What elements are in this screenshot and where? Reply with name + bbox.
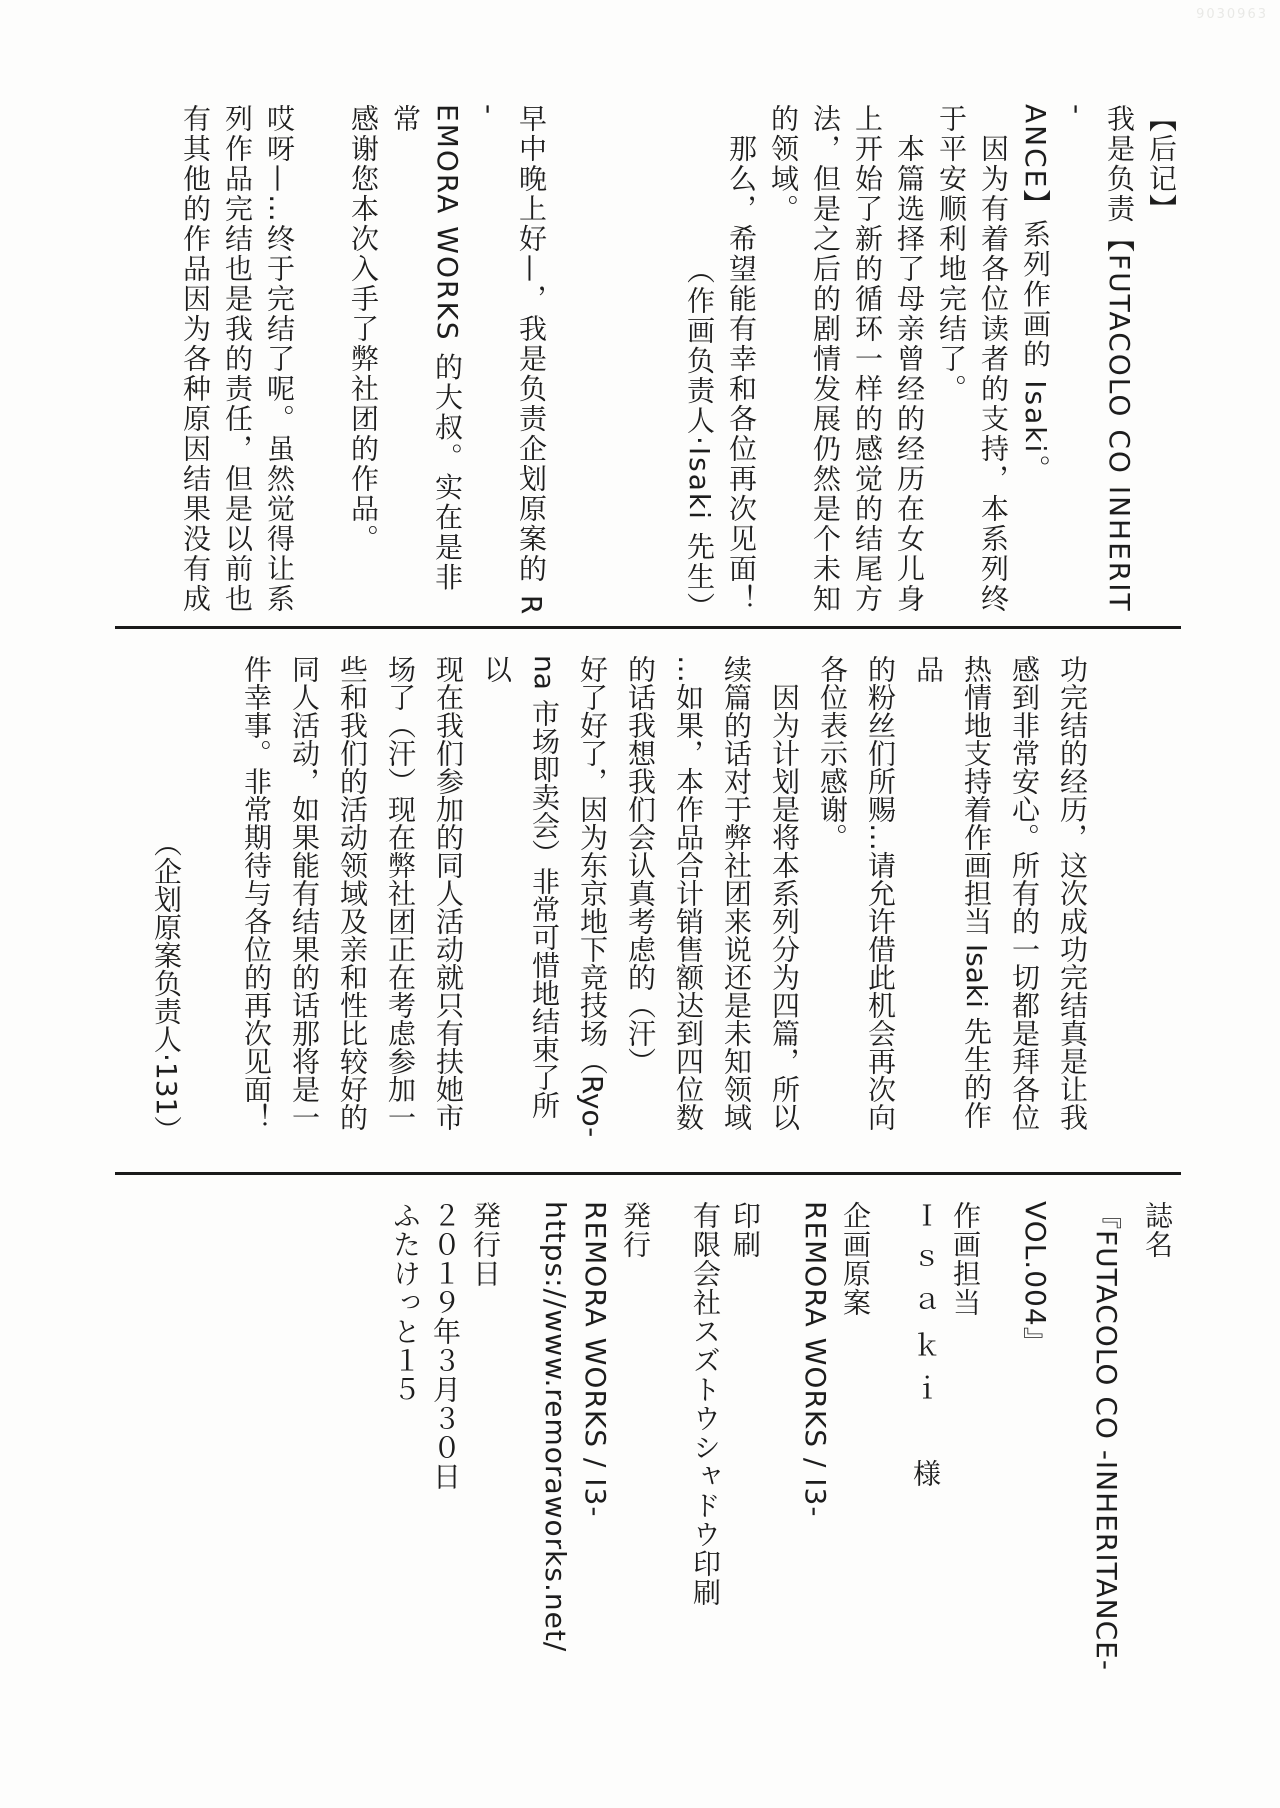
colophon-label: 印刷: [727, 1201, 764, 1706]
colophon-entry: 印刷有限会社スズトウシャドウ印刷: [687, 1201, 764, 1706]
afterword-artist-section: 【后记】我是负责【FUTACOLO CO INHERIT- ANCE】系列作画的…: [174, 104, 1182, 622]
afterword-planner-body: 功完结的经历，这次成功完结真是让我 感到非常安心。所有的一切都是拜各位 热情地支…: [808, 655, 1096, 1143]
colophon-entry: 誌名『FUTACOLO CO -INHERITANCE-VOL.004』: [1017, 1201, 1176, 1706]
colophon-value: https://www.remoraworks.net/: [537, 1201, 577, 1706]
colophon-value: Ｉｓａｋｉ 様: [907, 1201, 947, 1706]
section-divider-bottom: [115, 1172, 1181, 1175]
afterword-artist-signature: （作画负责人·Isaki 先生）: [678, 104, 720, 622]
colophon-value: ふたけっと１５: [387, 1201, 427, 1706]
colophon-label: 発行日: [467, 1201, 504, 1706]
afterword-artist-body: 我是负责【FUTACOLO CO INHERIT- ANCE】系列作画的 Isa…: [1014, 104, 1140, 622]
afterword-artist-body: 那么，希望能有幸和各位再次见面！: [720, 104, 762, 622]
colophon-label: 誌名: [1139, 1201, 1176, 1706]
afterword-planner-body: 好了好了，因为东京地下竞技场（Ryo- na 市场即卖会）非常可惜地结束了所以 …: [232, 655, 616, 1143]
afterword-planner-section: 功完结的经历，这次成功完结真是让我 感到非常安心。所有的一切都是拜各位 热情地支…: [142, 655, 1096, 1143]
colophon-entry: 発行日２０１９年３月３０日ふたけっと１５: [387, 1201, 504, 1706]
colophon-entry: 企画原案REMORA WORKS / I3-: [797, 1201, 874, 1706]
colophon-entry: 発行REMORA WORKS / I3-https://www.remorawo…: [537, 1201, 654, 1706]
colophon-value: 『FUTACOLO CO -INHERITANCE-: [1088, 1201, 1139, 1706]
afterword-artist-body: 本篇选择了母亲曾经的经历在女儿身 上开始了新的循环一样的感觉的结尾方 法，但是之…: [762, 104, 930, 622]
colophon-value: REMORA WORKS / I3-: [797, 1201, 837, 1706]
colophon-value: VOL.004』: [1017, 1201, 1088, 1706]
colophon-label: 企画原案: [837, 1201, 874, 1706]
colophon-label: 発行: [617, 1201, 654, 1706]
afterword-artist-heading: 【后记】: [1140, 104, 1182, 622]
afterword-page: 9030963 【后记】我是负责【FUTACOLO CO INHERIT- AN…: [0, 0, 1280, 1808]
colophon-label: 作画担当: [947, 1201, 984, 1706]
colophon-value: ２０１９年３月３０日: [427, 1201, 467, 1706]
section-divider-top: [115, 626, 1181, 629]
colophon-section: 誌名『FUTACOLO CO -INHERITANCE-VOL.004』作画担当…: [387, 1201, 1176, 1706]
afterword-planner-body: 因为计划是将本系列分为四篇，所以 续篇的话对于弊社团来说还是未知领域 …如果，本…: [616, 655, 808, 1143]
afterword-artist-body: 早中晚上好—，我是负责企划原案的 R- EMORA WORKS 的大叔。实在是非…: [342, 104, 552, 622]
afterword-artist-body: 哎呀—…终于完结了呢。虽然觉得让系 列作品完结也是我的责任，但是以前也 有其他的…: [174, 104, 300, 622]
afterword-planner-signature: （企划原案负责人·131）: [142, 655, 190, 1143]
afterword-artist-body: 因为有着各位读者的支持，本系列终 于平安顺利地完结了。: [930, 104, 1014, 622]
scan-watermark: 9030963: [1196, 7, 1268, 22]
colophon-value: REMORA WORKS / I3-: [577, 1201, 617, 1706]
colophon-value: 有限会社スズトウシャドウ印刷: [687, 1201, 727, 1706]
colophon-entry: 作画担当Ｉｓａｋｉ 様: [907, 1201, 984, 1706]
